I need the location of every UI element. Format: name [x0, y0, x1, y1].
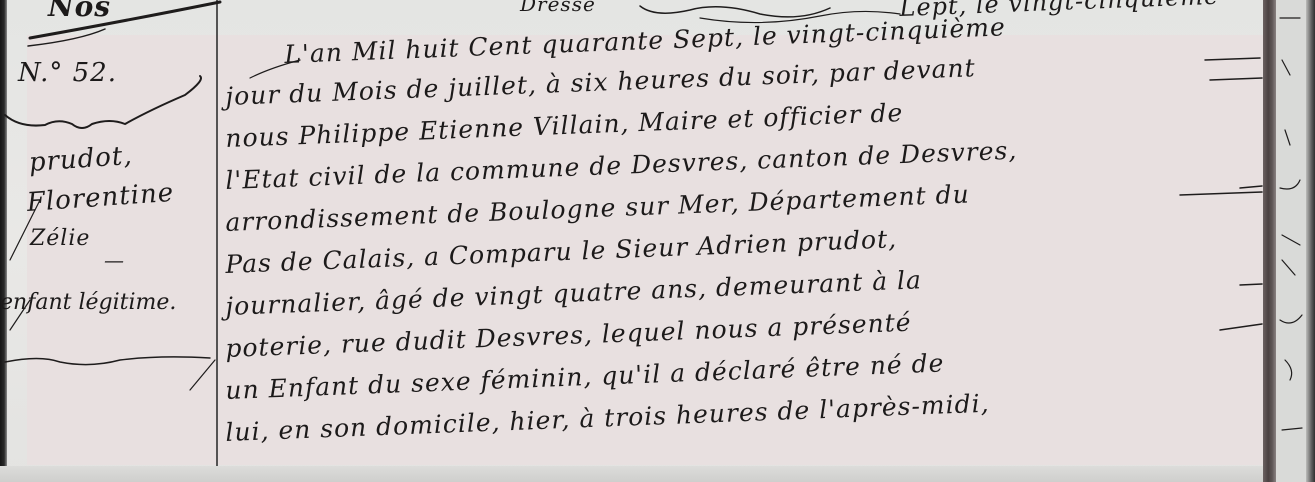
page-binding: [1263, 0, 1276, 482]
top-heading-fragment: Dressé: [520, 0, 596, 16]
entry-number: N.° 52.: [18, 58, 117, 88]
margin-rule-line: [216, 0, 218, 482]
margin-dash: —: [104, 248, 125, 272]
margin-given-name-2: Zélie: [30, 226, 90, 251]
bottom-page-shade: [0, 466, 1263, 482]
right-page-edge: [1306, 0, 1315, 482]
margin-status: enfant légitime.: [0, 290, 176, 315]
left-page-edge: [0, 0, 7, 482]
document-page: Nos Dressé Lept, le vingt-cinquième N.° …: [0, 0, 1315, 482]
top-left-heading-fragment: Nos: [48, 0, 111, 23]
